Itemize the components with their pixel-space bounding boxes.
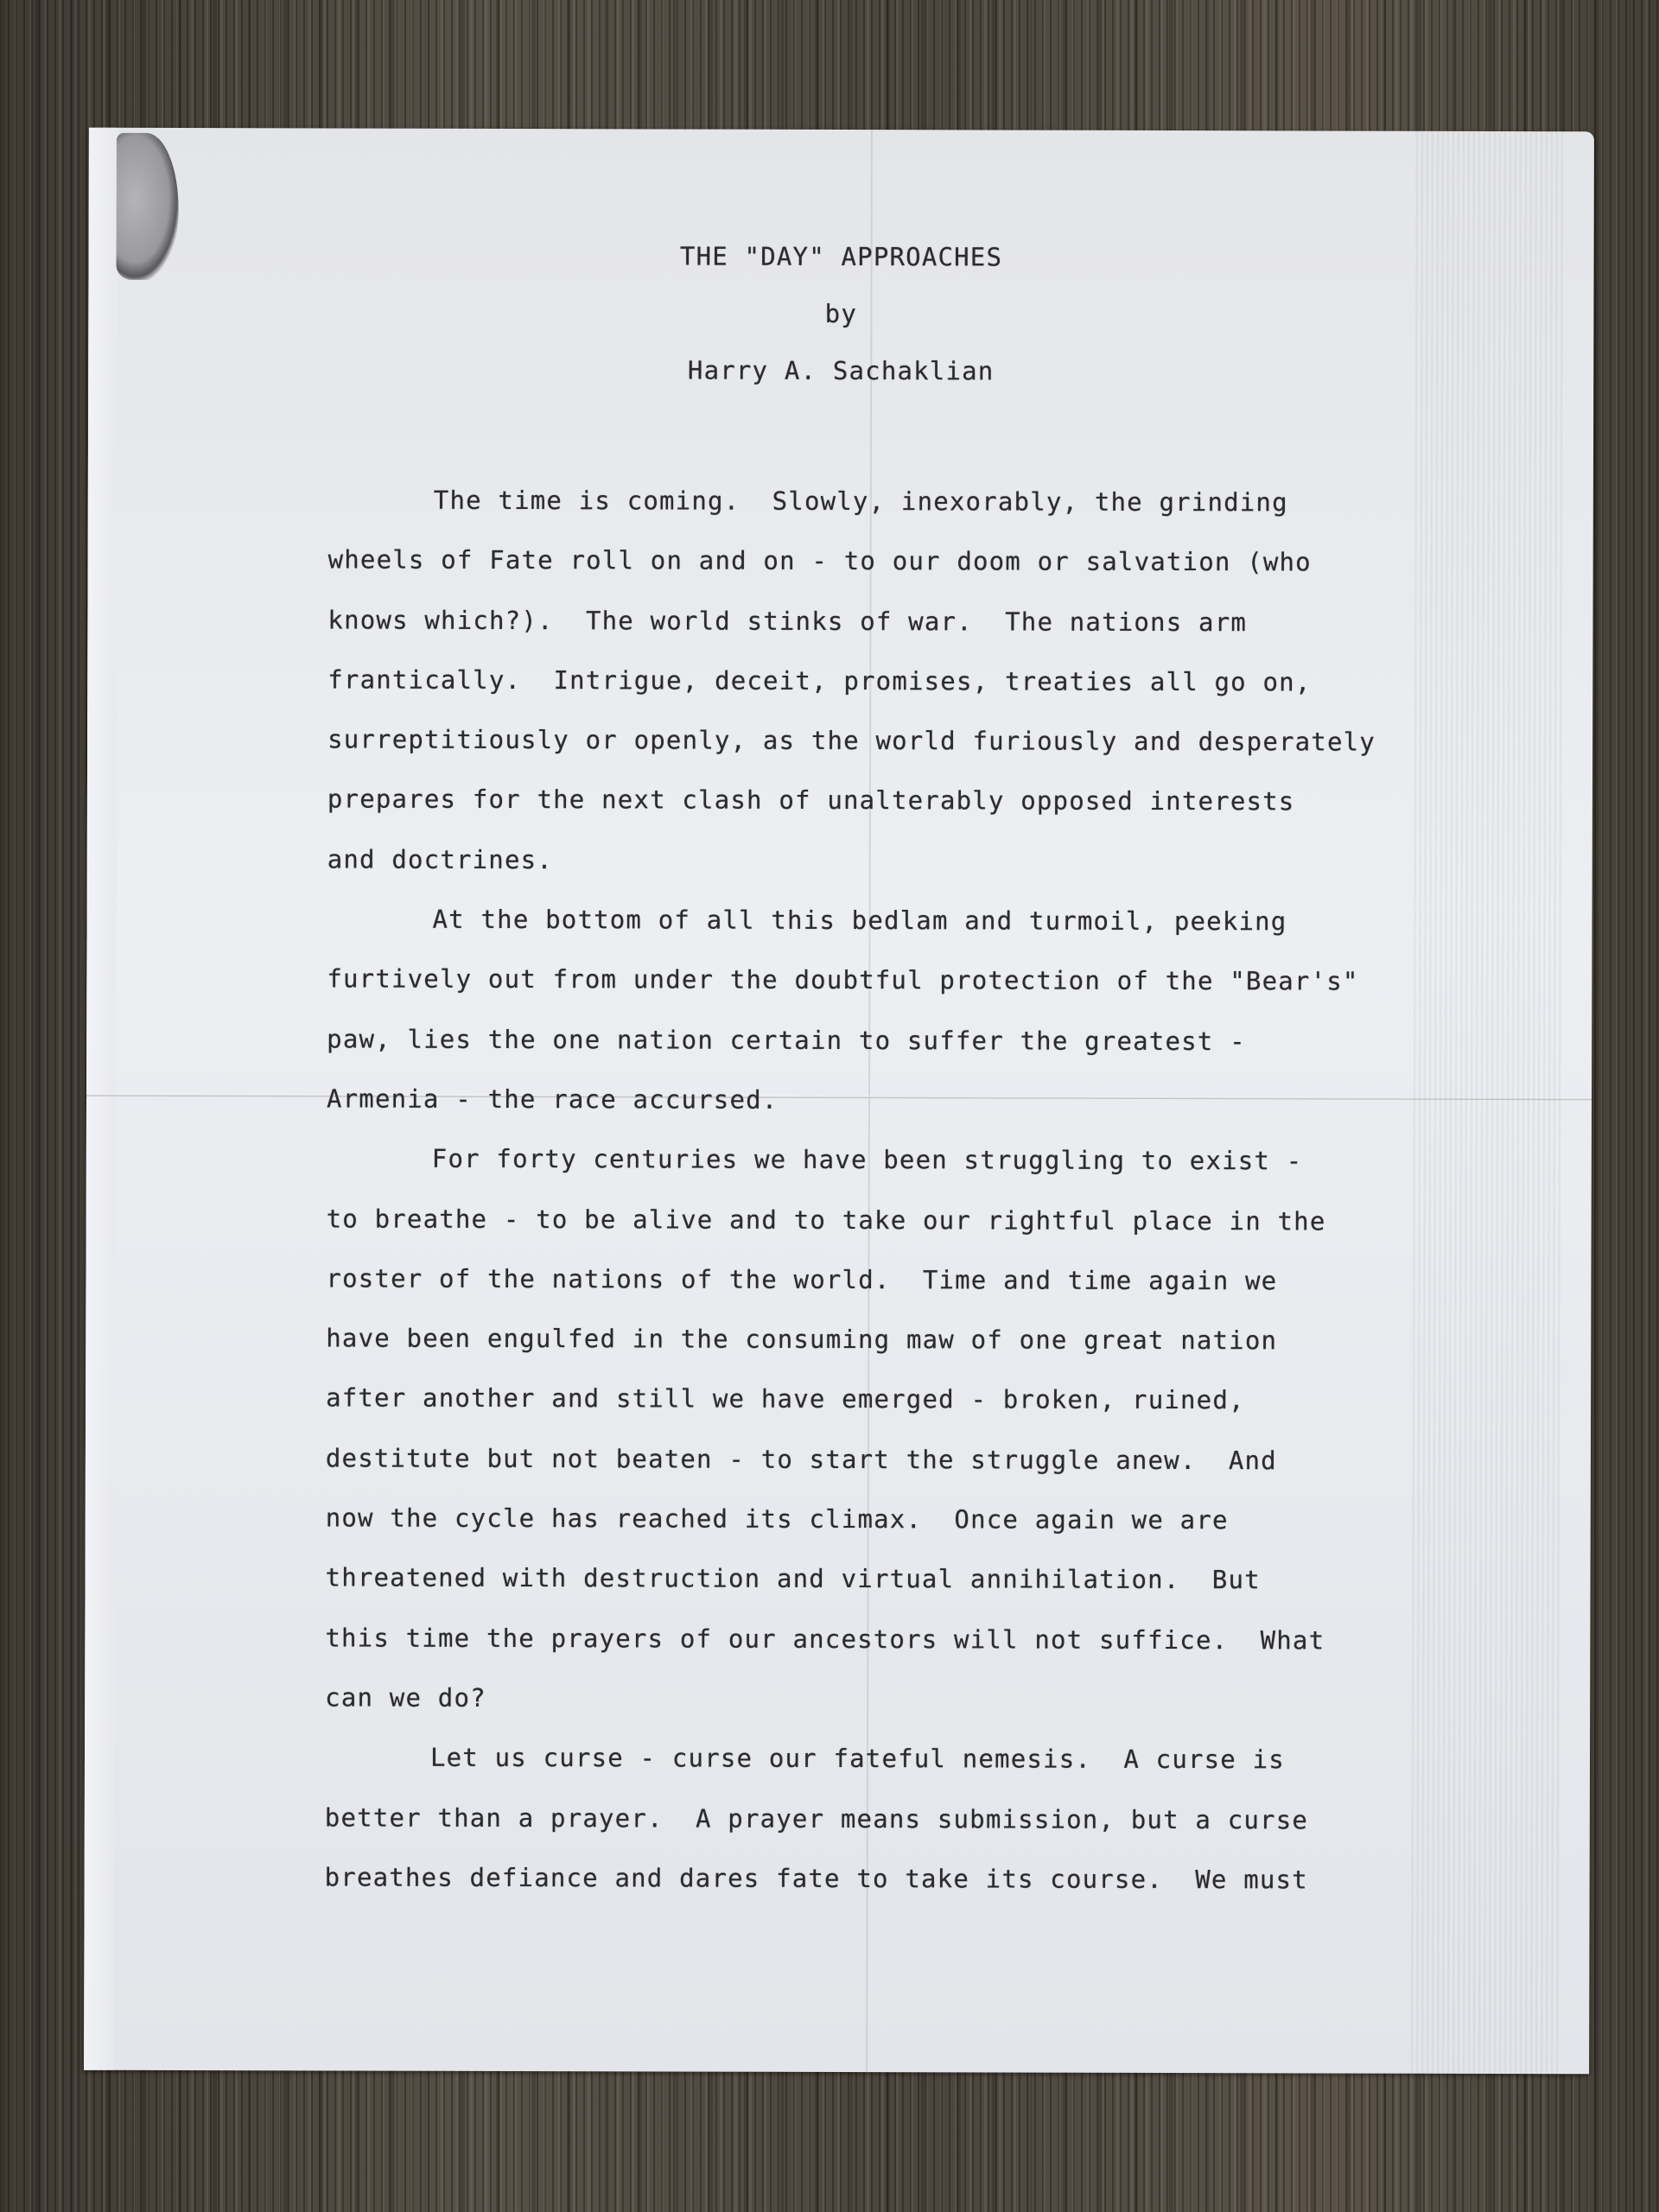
- text-line: frantically. Intrigue, deceit, promises,…: [327, 650, 1376, 712]
- text-line: furtively out from under the doubtful pr…: [327, 950, 1375, 1012]
- typewritten-page: THE "DAY" APPROACHES by Harry A. Sachakl…: [84, 128, 1594, 2075]
- text-line: have been engulfed in the consuming maw …: [326, 1309, 1374, 1371]
- text-line: surreptitiously or openly, as the world …: [327, 710, 1376, 772]
- text-line: can we do?: [325, 1668, 1373, 1730]
- text-line: Armenia - the race accursed.: [327, 1069, 1375, 1131]
- text-line: For forty centuries we have been struggl…: [327, 1129, 1375, 1192]
- text-line: paw, lies the one nation certain to suff…: [327, 1009, 1375, 1071]
- text-line: breathes defiance and dares fate to take…: [325, 1847, 1373, 1910]
- document-title: THE "DAY" APPROACHES: [89, 240, 1594, 274]
- text-line: this time the prayers of our ancestors w…: [325, 1608, 1373, 1670]
- text-line: now the cycle has reached its climax. On…: [326, 1488, 1374, 1550]
- text-line: better than a prayer. A prayer means sub…: [325, 1788, 1373, 1850]
- text-line: to breathe - to be alive and to take our…: [327, 1189, 1375, 1251]
- text-line: after another and still we have emerged …: [326, 1369, 1374, 1431]
- text-line: Let us curse - curse our fateful nemesis…: [325, 1728, 1373, 1790]
- text-line: threatened with destruction and virtual …: [325, 1548, 1373, 1611]
- document-body: The time is coming. Slowly, inexorably, …: [325, 470, 1376, 1910]
- author-name: Harry A. Sachaklian: [88, 354, 1593, 388]
- text-line: knows which?). The world stinks of war. …: [327, 590, 1376, 652]
- text-line: prepares for the next clash of unalterab…: [327, 770, 1376, 832]
- text-line: and doctrines.: [327, 829, 1376, 892]
- text-line: destitute but not beaten - to start the …: [326, 1428, 1374, 1491]
- text-line: At the bottom of all this bedlam and tur…: [327, 890, 1375, 952]
- text-line: The time is coming. Slowly, inexorably, …: [328, 470, 1376, 532]
- byline: by: [88, 297, 1593, 331]
- text-line: roster of the nations of the world. Time…: [326, 1249, 1374, 1311]
- text-line: wheels of Fate roll on and on - to our d…: [328, 531, 1376, 593]
